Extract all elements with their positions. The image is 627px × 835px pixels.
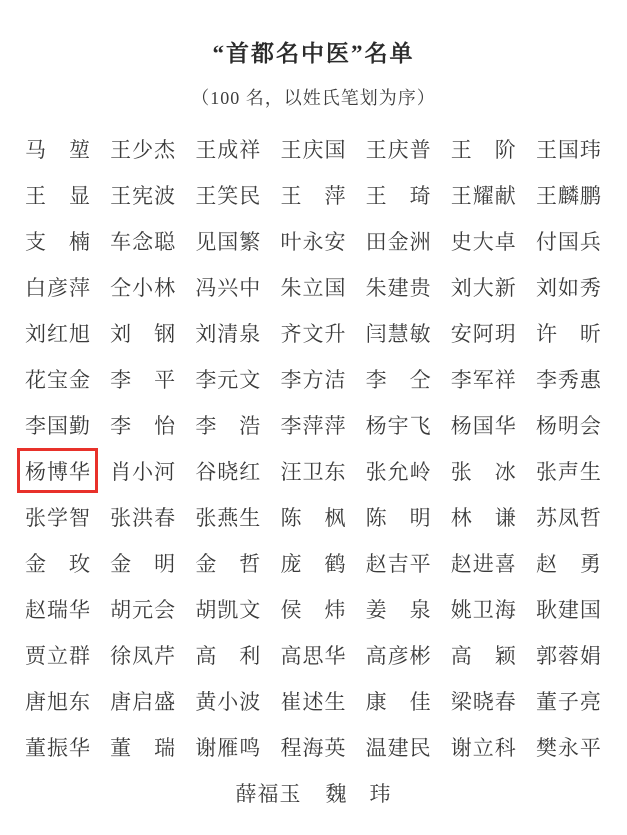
name-cell: 董子亮: [536, 686, 602, 716]
name-row: 花宝金李 平李元文李方洁李 仝李军祥李秀惠: [25, 356, 602, 402]
name-cell: 杨国华: [451, 410, 517, 440]
name-cell: 胡凯文: [195, 594, 261, 624]
name-cell: 王庆国: [280, 134, 346, 164]
name-cell: 徐凤芹: [110, 640, 176, 670]
name-row: 赵瑞华胡元会胡凯文侯 炜姜 泉姚卫海耿建国: [25, 586, 602, 632]
name-cell: 黄小波: [195, 686, 261, 716]
name-cell: 胡元会: [110, 594, 176, 624]
name-cell: 郭蓉娟: [536, 640, 602, 670]
name-cell: 董振华: [25, 732, 91, 762]
name-row: 刘红旭刘 钢刘清泉齐文升闫慧敏安阿玥许 昕: [25, 310, 602, 356]
name-cell: 王庆普: [366, 134, 432, 164]
name-cell: 齐文升: [280, 318, 346, 348]
name-cell: 李军祥: [451, 364, 517, 394]
name-cell: 唐启盛: [110, 686, 176, 716]
name-cell: 张学智: [25, 502, 91, 532]
name-cell: 高 颖: [451, 640, 517, 670]
name-cell: 樊永平: [536, 732, 602, 762]
name-cell: 朱建贵: [366, 272, 432, 302]
name-cell: 王国玮: [536, 134, 602, 164]
name-cell: 张声生: [536, 456, 602, 486]
name-cell: 花宝金: [25, 364, 91, 394]
name-cell: 王宪波: [110, 180, 176, 210]
name-cell: 张燕生: [195, 502, 261, 532]
name-cell: 陈 明: [366, 502, 432, 532]
name-cell: 高思华: [280, 640, 346, 670]
name-cell: 谢立科: [451, 732, 517, 762]
name-cell: 温建民: [366, 732, 432, 762]
name-cell: 许 昕: [536, 318, 602, 348]
name-cell: 谢雁鸣: [195, 732, 261, 762]
name-cell: 李 仝: [366, 364, 432, 394]
name-cell: 陈 枫: [280, 502, 346, 532]
name-cell: 王成祥: [195, 134, 261, 164]
highlight-red-box: [17, 448, 98, 493]
name-cell: 高 利: [195, 640, 261, 670]
name-grid: 马 堃王少杰王成祥王庆国王庆普王 阶王国玮王 显王宪波王笑民王 萍王 琦王耀献王…: [25, 126, 602, 816]
name-cell: 王 琦: [366, 180, 432, 210]
name-cell: 杨明会: [536, 410, 602, 440]
name-cell: 耿建国: [536, 594, 602, 624]
name-cell: 贾立群: [25, 640, 91, 670]
name-cell: 王 阶: [451, 134, 517, 164]
name-cell: 马 堃: [25, 134, 91, 164]
name-cell: 梁晓春: [451, 686, 517, 716]
name-cell: 王麟鹏: [536, 180, 602, 210]
name-cell: 林 谦: [451, 502, 517, 532]
name-cell: 唐旭东: [25, 686, 91, 716]
name-row-last: 薛福玉魏 玮: [25, 770, 602, 816]
name-cell: 金 哲: [195, 548, 261, 578]
name-cell: 赵进喜: [451, 548, 517, 578]
name-cell: 姜 泉: [366, 594, 432, 624]
name-cell: 赵 勇: [536, 548, 602, 578]
name-cell: 支 楠: [25, 226, 91, 256]
name-cell: 田金洲: [366, 226, 432, 256]
name-cell: 李 浩: [195, 410, 261, 440]
name-cell: 王 萍: [280, 180, 346, 210]
name-cell: 李元文: [195, 364, 261, 394]
document-page: “首都名中医”名单 （100 名，以姓氏笔划为序） 马 堃王少杰王成祥王庆国王庆…: [0, 0, 627, 835]
name-row: 李国勤李 怡李 浩李萍萍杨宇飞杨国华杨明会: [25, 402, 602, 448]
name-cell: 肖小河: [110, 456, 176, 486]
name-row: 董振华董 瑞谢雁鸣程海英温建民谢立科樊永平: [25, 724, 602, 770]
name-row: 金 玫金 明金 哲庞 鹤赵吉平赵进喜赵 勇: [25, 540, 602, 586]
name-cell: 刘 钢: [110, 318, 176, 348]
name-row: 唐旭东唐启盛黄小波崔述生康 佳梁晓春董子亮: [25, 678, 602, 724]
name-cell: 王少杰: [110, 134, 176, 164]
name-cell: 金 明: [110, 548, 176, 578]
name-cell: 张允岭: [366, 456, 432, 486]
name-cell: 冯兴中: [195, 272, 261, 302]
name-cell: 薛福玉: [236, 778, 302, 808]
name-cell: 汪卫东: [280, 456, 346, 486]
name-cell: 白彦萍: [25, 272, 91, 302]
name-cell: 王笑民: [195, 180, 261, 210]
document-title: “首都名中医”名单: [0, 0, 627, 68]
name-cell: 董 瑞: [110, 732, 176, 762]
name-cell: 侯 炜: [280, 594, 346, 624]
name-cell: 崔述生: [280, 686, 346, 716]
name-cell: 刘如秀: [536, 272, 602, 302]
name-cell: 朱立国: [280, 272, 346, 302]
name-cell: 谷晓红: [195, 456, 261, 486]
name-row: 白彦萍仝小林冯兴中朱立国朱建贵刘大新刘如秀: [25, 264, 602, 310]
name-cell: 苏凤哲: [536, 502, 602, 532]
name-cell: 刘清泉: [195, 318, 261, 348]
name-cell: 仝小林: [110, 272, 176, 302]
name-cell: 史大卓: [451, 226, 517, 256]
name-cell: 刘红旭: [25, 318, 91, 348]
name-cell: 安阿玥: [451, 318, 517, 348]
name-row: 支 楠车念聪见国繁叶永安田金洲史大卓付国兵: [25, 218, 602, 264]
name-row: 贾立群徐凤芹高 利高思华高彦彬高 颖郭蓉娟: [25, 632, 602, 678]
name-cell: 见国繁: [195, 226, 261, 256]
name-row: 杨博华肖小河谷晓红汪卫东张允岭张 冰张声生: [25, 448, 602, 494]
name-cell: 叶永安: [280, 226, 346, 256]
name-cell: 闫慧敏: [366, 318, 432, 348]
name-cell: 李萍萍: [280, 410, 346, 440]
name-cell: 程海英: [280, 732, 346, 762]
name-cell: 金 玫: [25, 548, 91, 578]
name-cell: 李 平: [110, 364, 176, 394]
name-row: 张学智张洪春张燕生陈 枫陈 明林 谦苏凤哲: [25, 494, 602, 540]
name-cell: 王耀献: [451, 180, 517, 210]
name-cell: 魏 玮: [326, 778, 392, 808]
name-cell: 姚卫海: [451, 594, 517, 624]
name-cell: 车念聪: [110, 226, 176, 256]
name-cell: 赵吉平: [366, 548, 432, 578]
name-cell: 付国兵: [536, 226, 602, 256]
name-cell: 赵瑞华: [25, 594, 91, 624]
name-cell: 张 冰: [451, 456, 517, 486]
name-row: 马 堃王少杰王成祥王庆国王庆普王 阶王国玮: [25, 126, 602, 172]
name-cell: 刘大新: [451, 272, 517, 302]
name-cell: 杨宇飞: [366, 410, 432, 440]
name-cell: 李 怡: [110, 410, 176, 440]
name-cell: 李方洁: [280, 364, 346, 394]
name-cell: 高彦彬: [366, 640, 432, 670]
name-cell: 张洪春: [110, 502, 176, 532]
name-cell: 庞 鹤: [280, 548, 346, 578]
name-row: 王 显王宪波王笑民王 萍王 琦王耀献王麟鹏: [25, 172, 602, 218]
name-cell: 王 显: [25, 180, 91, 210]
name-cell: 康 佳: [366, 686, 432, 716]
document-subtitle: （100 名，以姓氏笔划为序）: [0, 86, 627, 110]
name-cell: 李国勤: [25, 410, 91, 440]
name-cell: 李秀惠: [536, 364, 602, 394]
highlighted-name-cell: 杨博华: [25, 456, 91, 486]
